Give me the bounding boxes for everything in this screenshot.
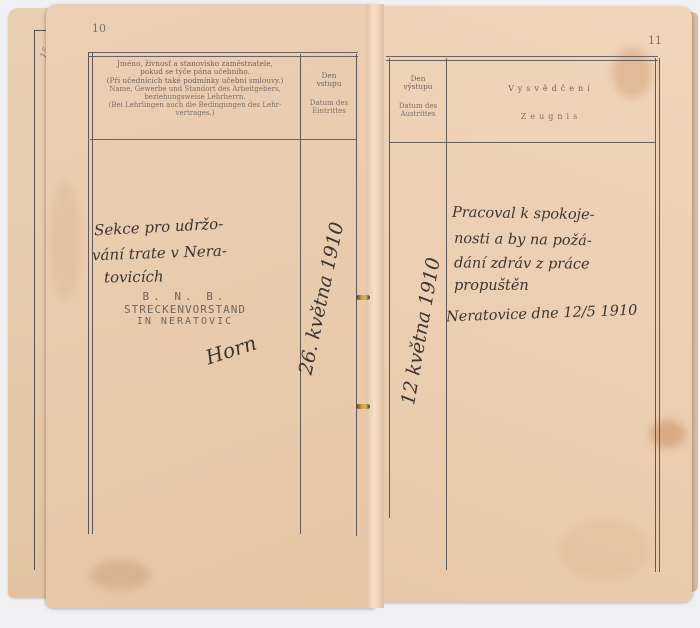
header-employer-de-2: beziehungsweise Lehrherrn. (92, 93, 298, 101)
header-entry-de-1: Datum des (302, 99, 356, 107)
header-exit-de-1: Datum des (390, 102, 446, 110)
paper-stain (560, 520, 650, 580)
header-entry-date: Den vstupu Datum des Eintrittes (302, 72, 356, 115)
testimony-line-1: Pracoval k spokoje- (452, 205, 595, 223)
railway-stamp: B. N. B. STRECKENVORSTAND IN NERATOVIC (100, 290, 270, 327)
header-employer-de-1: Name, Gewerbe und Standort des Arbeitgeb… (92, 85, 298, 93)
header-bottom-rule (390, 142, 655, 143)
header-employer-de-3: (Bei Lehrlingen auch die Bedingungen des… (92, 101, 298, 109)
back-page-rule (34, 30, 35, 570)
header-employer: Jméno, živnosť a stanovisko zaměstnatele… (92, 60, 298, 117)
table-left-rule (88, 52, 93, 534)
header-exit-date: Den výstupu Datum des Austrittes (390, 75, 446, 118)
handwriting-employer-3: tovicích (104, 267, 164, 286)
header-employer-cz-3: (Při učednících také podmínky učební sml… (92, 77, 298, 85)
page-number-left: 10 (92, 22, 106, 35)
paper-stain (90, 560, 150, 590)
table-top-rule (88, 52, 358, 57)
stamp-line-2: STRECKENVORSTAND (100, 303, 270, 316)
header-exit-de-2: Austrittes (390, 110, 446, 118)
testimony-line-3: dání zdráv z práce (454, 255, 590, 272)
column-divider (300, 54, 301, 534)
stamp-line-3: IN NERATOVIC (100, 316, 270, 327)
testimony-line-4: propuštěn (454, 278, 529, 294)
header-testimony-cz: Vysvědčení (448, 84, 654, 93)
binding-stitch (356, 295, 370, 300)
header-entry-de-2: Eintrittes (302, 107, 356, 115)
header-exit-cz-2: výstupu (390, 83, 446, 91)
header-testimony-de: Zeugnis (448, 112, 654, 121)
binding-stitch (356, 404, 370, 409)
testimony-line-2: nosti a by na požá- (454, 231, 592, 249)
book-gutter (366, 4, 384, 608)
stamp-line-1: B. N. B. (100, 290, 270, 303)
header-bottom-rule (90, 139, 356, 140)
header-entry-cz-2: vstupu (302, 80, 356, 88)
page-number-right: 11 (648, 34, 662, 47)
table-right-rule (655, 58, 660, 572)
table-left-rule (389, 58, 390, 518)
paper-stain (50, 180, 80, 300)
table-top-rule (386, 56, 658, 61)
header-employer-de-4: vertrages.) (92, 109, 298, 117)
